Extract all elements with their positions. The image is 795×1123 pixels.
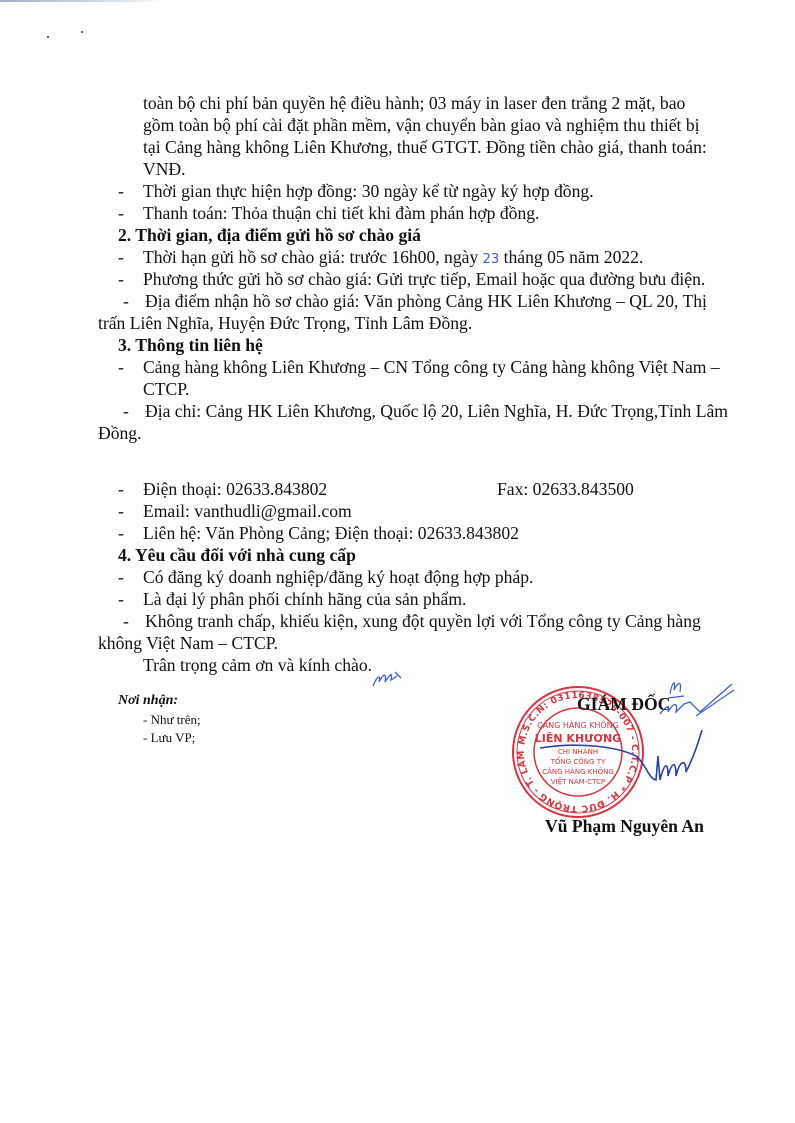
requirement-item: Không tranh chấp, khiếu kiện, xung đột q…	[145, 610, 701, 632]
contact: Liên hệ: Văn Phòng Cảng; Điện thoại: 026…	[143, 522, 519, 544]
bullet-dash: -	[118, 522, 124, 544]
signatory-name: Vũ Phạm Nguyên An	[545, 815, 704, 837]
address-cont: Đồng.	[98, 422, 142, 444]
intro-line: toàn bộ chi phí bản quyền hệ điều hành; …	[143, 92, 685, 114]
handwritten-day: 23	[483, 252, 500, 267]
scan-edge	[0, 0, 160, 2]
submission-method: Phương thức gửi hồ sơ chào giá: Gửi trực…	[143, 268, 705, 290]
submission-location: Địa điểm nhận hồ sơ chào giá: Văn phòng …	[145, 290, 707, 312]
deadline-suffix: tháng 05 năm 2022.	[504, 247, 644, 267]
intro-line: tại Cảng hàng không Liên Khương, thuế GT…	[143, 136, 707, 158]
scan-speck	[47, 36, 49, 38]
payment-terms: Thanh toán: Thỏa thuận chi tiết khi đàm …	[143, 202, 539, 224]
recipient-item: - Như trên;	[143, 711, 201, 728]
recipient-item: - Lưu VP;	[143, 729, 195, 746]
email: Email: vanthudli@gmail.com	[143, 500, 352, 522]
requirement-item: Là đại lý phân phối chính hãng của sản p…	[143, 588, 466, 610]
phone: Điện thoại: 02633.843802	[143, 478, 327, 500]
deadline-prefix: Thời hạn gửi hồ sơ chào giá: trước 16h00…	[143, 247, 478, 267]
bullet-dash: -	[118, 246, 124, 268]
bullet-dash: -	[123, 400, 129, 422]
director-signature-icon	[536, 720, 716, 790]
bullet-dash: -	[118, 202, 124, 224]
intro-line: gồm toàn bộ phí cài đặt phần mềm, vận ch…	[143, 114, 700, 136]
bullet-dash: -	[118, 566, 124, 588]
bullet-dash: -	[118, 180, 124, 202]
bullet-dash: -	[118, 356, 124, 378]
fax: Fax: 02633.843500	[497, 478, 634, 500]
requirement-item-cont: không Việt Nam – CTCP.	[98, 632, 278, 654]
section-3-heading: 3. Thông tin liên hệ	[118, 334, 263, 356]
intro-line: VNĐ.	[143, 158, 186, 180]
section-4-heading: 4. Yêu cầu đối với nhà cung cấp	[118, 544, 356, 566]
bullet-dash: -	[118, 268, 124, 290]
requirement-item: Có đăng ký doanh nghiệp/đăng ký hoạt độn…	[143, 566, 533, 588]
bullet-dash: -	[118, 500, 124, 522]
bullet-dash: -	[118, 478, 124, 500]
organization-name-cont: CTCP.	[143, 378, 189, 400]
address: Địa chỉ: Cảng HK Liên Khương, Quốc lộ 20…	[145, 400, 728, 422]
bullet-dash: -	[118, 588, 124, 610]
recipients-label: Nơi nhận:	[118, 690, 178, 712]
initial-signature-icon	[371, 668, 407, 690]
closing-line: Trân trọng cảm ơn và kính chào.	[143, 654, 372, 676]
section-2-heading: 2. Thời gian, địa điểm gửi hồ sơ chào gi…	[118, 224, 421, 246]
scan-speck	[81, 31, 83, 33]
bullet-dash: -	[123, 610, 129, 632]
bullet-dash: -	[123, 290, 129, 312]
organization-name: Cảng hàng không Liên Khương – CN Tổng cô…	[143, 356, 720, 378]
submission-location-cont: trấn Liên Nghĩa, Huyện Đức Trọng, Tỉnh L…	[98, 312, 472, 334]
handwritten-note-icon	[640, 672, 740, 718]
contract-duration: Thời gian thực hiện hợp đồng: 30 ngày kể…	[143, 180, 594, 202]
